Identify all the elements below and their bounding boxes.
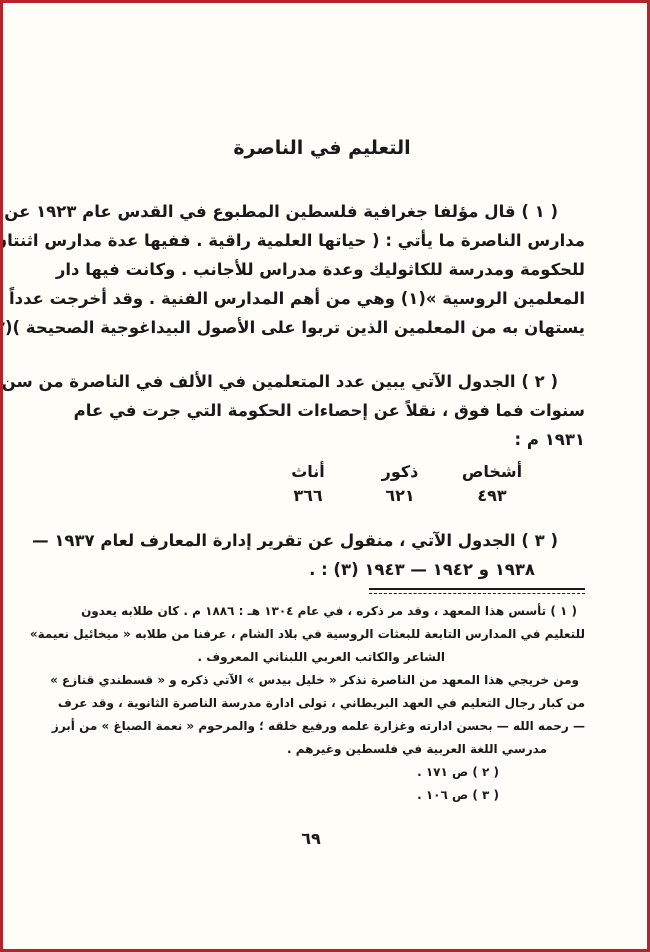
footnote-line: ( ١ ) تأسس هذا المعهد ، وقد مر ذكره ، في…	[59, 600, 585, 623]
page-title: التعليم في الناصرة	[59, 137, 585, 159]
table-column-persons: أشخاص ٤٩٣	[459, 460, 525, 508]
literacy-table: أشخاص ٤٩٣ ذكور ٦٢١ أناث ٣٦٦	[59, 460, 585, 508]
text-line: سنوات فما فوق ، نقلاً عن إحصاءات الحكومة…	[59, 396, 585, 425]
text-line: يستهان به من المعلمين الذين تربوا على ال…	[59, 313, 585, 342]
footnote-divider	[369, 588, 585, 594]
column-value: ٦٢١	[367, 484, 433, 508]
text-line: ( ٣ ) الجدول الآتي ، منقول عن تقرير إدار…	[59, 526, 585, 555]
column-header: أشخاص	[459, 460, 525, 484]
page-number: ٦٩	[59, 829, 585, 848]
text-line: للحكومة ومدرسة للكاثوليك وعدة مدراس للأج…	[59, 255, 585, 284]
table-column-females: أناث ٣٦٦	[275, 460, 341, 508]
table-column-males: ذكور ٦٢١	[367, 460, 433, 508]
footnote-line: ( ٣ ) ص ١٠٦ .	[59, 784, 585, 807]
footnote-line: — رحمه الله — بحسن ادارته وغزارة علمه ور…	[59, 715, 585, 738]
page-content: التعليم في الناصرة ( ١ ) قال مؤلفا جغراف…	[59, 3, 585, 848]
paragraph-1: ( ١ ) قال مؤلفا جغرافية فلسطين المطبوع ف…	[59, 197, 585, 342]
paragraph-3: ( ٣ ) الجدول الآتي ، منقول عن تقرير إدار…	[59, 526, 585, 584]
footnote-line: للتعليم في المدارس التابعة للبعثات الروس…	[59, 623, 585, 646]
text-line: ( ٢ ) الجدول الآتي يبين عدد المتعلمين في…	[59, 367, 585, 396]
text-line: ١٩٣٨ و ١٩٤٢ — ١٩٤٣ (٣) : .	[59, 555, 585, 584]
footnote-line: مدرسي اللغة العربية في فلسطين وغيرهم .	[59, 738, 585, 761]
book-page: { "page": { "title": "التعليم في الناصرة…	[0, 0, 650, 952]
footnotes-section: ( ١ ) تأسس هذا المعهد ، وقد مر ذكره ، في…	[59, 600, 585, 807]
column-header: ذكور	[367, 460, 433, 484]
footnote-line: ( ٢ ) ص ١٧١ .	[59, 761, 585, 784]
text-line: ( ١ ) قال مؤلفا جغرافية فلسطين المطبوع ف…	[59, 197, 585, 226]
footnote-line: الشاعر والكاتب العربي اللبناني المعروف .	[59, 646, 585, 669]
footnote-line: ومن خريجي هذا المعهد من الناصرة نذكر « خ…	[59, 669, 585, 692]
text-line: المعلمين الروسية »(١) وهي من أهم المدارس…	[59, 284, 585, 313]
column-header: أناث	[275, 460, 341, 484]
footnote-line: من كبار رجال التعليم في العهد البريطاني …	[59, 692, 585, 715]
column-value: ٣٦٦	[275, 484, 341, 508]
text-line: مدارس الناصرة ما يأتي : ( حياتها العلمية…	[59, 226, 585, 255]
column-value: ٤٩٣	[459, 484, 525, 508]
paragraph-2: ( ٢ ) الجدول الآتي يبين عدد المتعلمين في…	[59, 367, 585, 454]
text-line: ١٩٣١ م :	[59, 425, 585, 454]
